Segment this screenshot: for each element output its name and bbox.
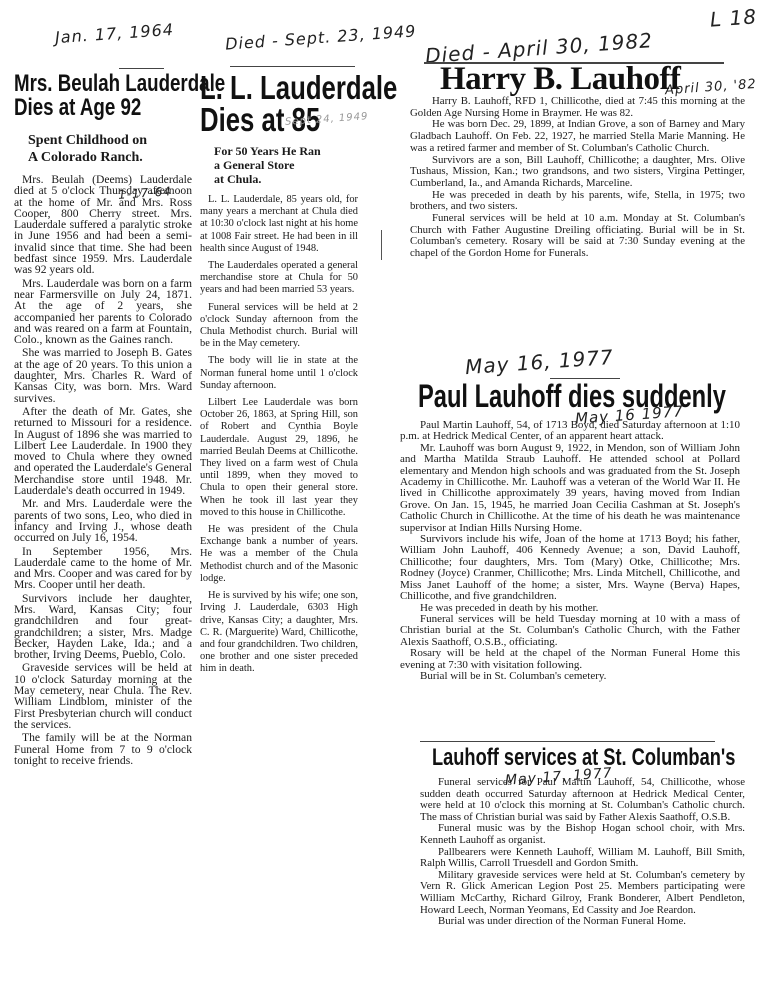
article-body: Funeral services for Paul Martin Lauhoff…: [420, 777, 745, 928]
paragraph: Pallbearers were Kenneth Lauhoff, Willia…: [420, 847, 745, 870]
subhead-line: at Chula.: [214, 172, 363, 186]
paragraph: Military graveside services were held at…: [420, 870, 745, 916]
subhead-line: For 50 Years He Ran: [214, 144, 363, 158]
divider: [119, 68, 164, 69]
paragraph: In September 1956, Mrs. Lauderdale came …: [14, 546, 192, 591]
article-beulah: Mrs. Beulah Lauderdale Dies at Age 92 Sp…: [14, 72, 192, 768]
paragraph: Funeral music was by the Bishop Hogan sc…: [420, 823, 745, 846]
paragraph: Paul Martin Lauhoff, 54, of 1713 Boyd, d…: [400, 420, 740, 443]
clipping-edge: [381, 230, 382, 260]
article-body: Paul Martin Lauhoff, 54, of 1713 Boyd, d…: [400, 420, 740, 682]
article-lauhoff-services: Lauhoff services at St. Columban's May 1…: [420, 741, 752, 928]
paragraph: The body will lie in state at the Norman…: [200, 355, 358, 392]
paragraph: Funeral services will be held at 2 o'clo…: [200, 302, 358, 351]
article-headline: Mrs. Beulah Lauderdale Dies at Age 92: [14, 72, 192, 120]
paragraph: He is survived by his wife; one son, Irv…: [200, 590, 358, 675]
paragraph: Mr. Lauhoff was born August 9, 1922, in …: [400, 443, 740, 534]
paragraph: Survivors include his wife, Joan of the …: [400, 534, 740, 602]
paragraph: Burial was under direction of the Norman…: [420, 916, 745, 928]
subhead-line: A Colorado Ranch.: [28, 149, 192, 166]
paragraph: Survivors include her daughter, Mrs. War…: [14, 593, 192, 661]
paragraph: Funeral services will be held at 10 a.m.…: [410, 213, 745, 260]
paragraph: He was preceded in death by his parents,…: [410, 190, 745, 213]
paragraph: Funeral services will be held Tuesday mo…: [400, 614, 740, 648]
paragraph: L. L. Lauderdale, 85 years old, for many…: [200, 194, 358, 255]
handwritten-date-beulah: Jan. 17, 1964: [54, 23, 145, 47]
divider: [424, 62, 724, 64]
article-body: Harry B. Lauhoff, RFD 1, Chillicothe, di…: [410, 96, 745, 260]
handwritten-date-ll: Died - Sept. 23, 1949: [225, 21, 417, 53]
article-body: Mrs. Beulah (Deems) Lauderdale died at 5…: [14, 174, 192, 766]
paragraph: Funeral services for Paul Martin Lauhoff…: [420, 777, 745, 823]
headline-line: Dies at Age 92: [14, 94, 141, 121]
divider: [420, 741, 715, 742]
handwritten-date-text: Jan. 17, 1964: [54, 20, 174, 47]
article-paul-lauhoff: Paul Lauhoff dies suddenly May 16 1977 P…: [400, 378, 752, 682]
headline-line: Mrs. Beulah Lauderdale: [14, 70, 225, 97]
article-subhead: For 50 Years He Ran a General Store at C…: [214, 144, 363, 186]
article-ll-lauderdale: L. L. Lauderdale Dies at 85 Sept 24, 194…: [200, 72, 363, 681]
subhead-line: Spent Childhood on: [28, 132, 192, 149]
handwritten-date-paul: May 16, 1977: [464, 345, 614, 379]
paragraph: Mr. and Mrs. Lauderdale were the parents…: [14, 498, 192, 543]
paragraph: Rosary will be held at the chapel of the…: [400, 648, 740, 671]
article-body: L. L. Lauderdale, 85 years old, for many…: [200, 194, 358, 681]
divider: [230, 66, 355, 67]
paragraph: Survivors are a son, Bill Lauhoff, Chill…: [410, 155, 745, 190]
paragraph: The Lauderdales operated a general merch…: [200, 260, 358, 297]
paragraph: Burial will be in St. Columban's cemeter…: [400, 671, 740, 682]
article-headline: Lauhoff services at St. Columban's: [432, 745, 675, 771]
paragraph: Harry B. Lauhoff, RFD 1, Chillicothe, di…: [410, 96, 745, 119]
article-harry-lauhoff: Harry B. Lauhoff April 30, '82 Harry B. …: [400, 62, 752, 260]
paragraph: He was president of the Chula Exchange b…: [200, 524, 358, 585]
paragraph: After the death of Mr. Gates, she return…: [14, 406, 192, 496]
paragraph: The family will be at the Norman Funeral…: [14, 732, 192, 766]
subhead-line: a General Store: [214, 158, 363, 172]
paragraph: Lilbert Lee Lauderdale was born October …: [200, 397, 358, 519]
paragraph: He was born Dec. 29, 1899, at Indian Gro…: [410, 119, 745, 154]
article-headline: L. L. Lauderdale Dies at 85: [200, 72, 356, 136]
handwritten-page-marker: L 18: [709, 4, 758, 31]
paragraph: Graveside services will be held at 10 o'…: [14, 662, 192, 730]
article-subhead: Spent Childhood on A Colorado Ranch.: [28, 132, 192, 166]
paragraph: She was married to Joseph B. Gates at th…: [14, 347, 192, 403]
paragraph: Mrs. Lauderdale was born on a farm near …: [14, 278, 192, 346]
